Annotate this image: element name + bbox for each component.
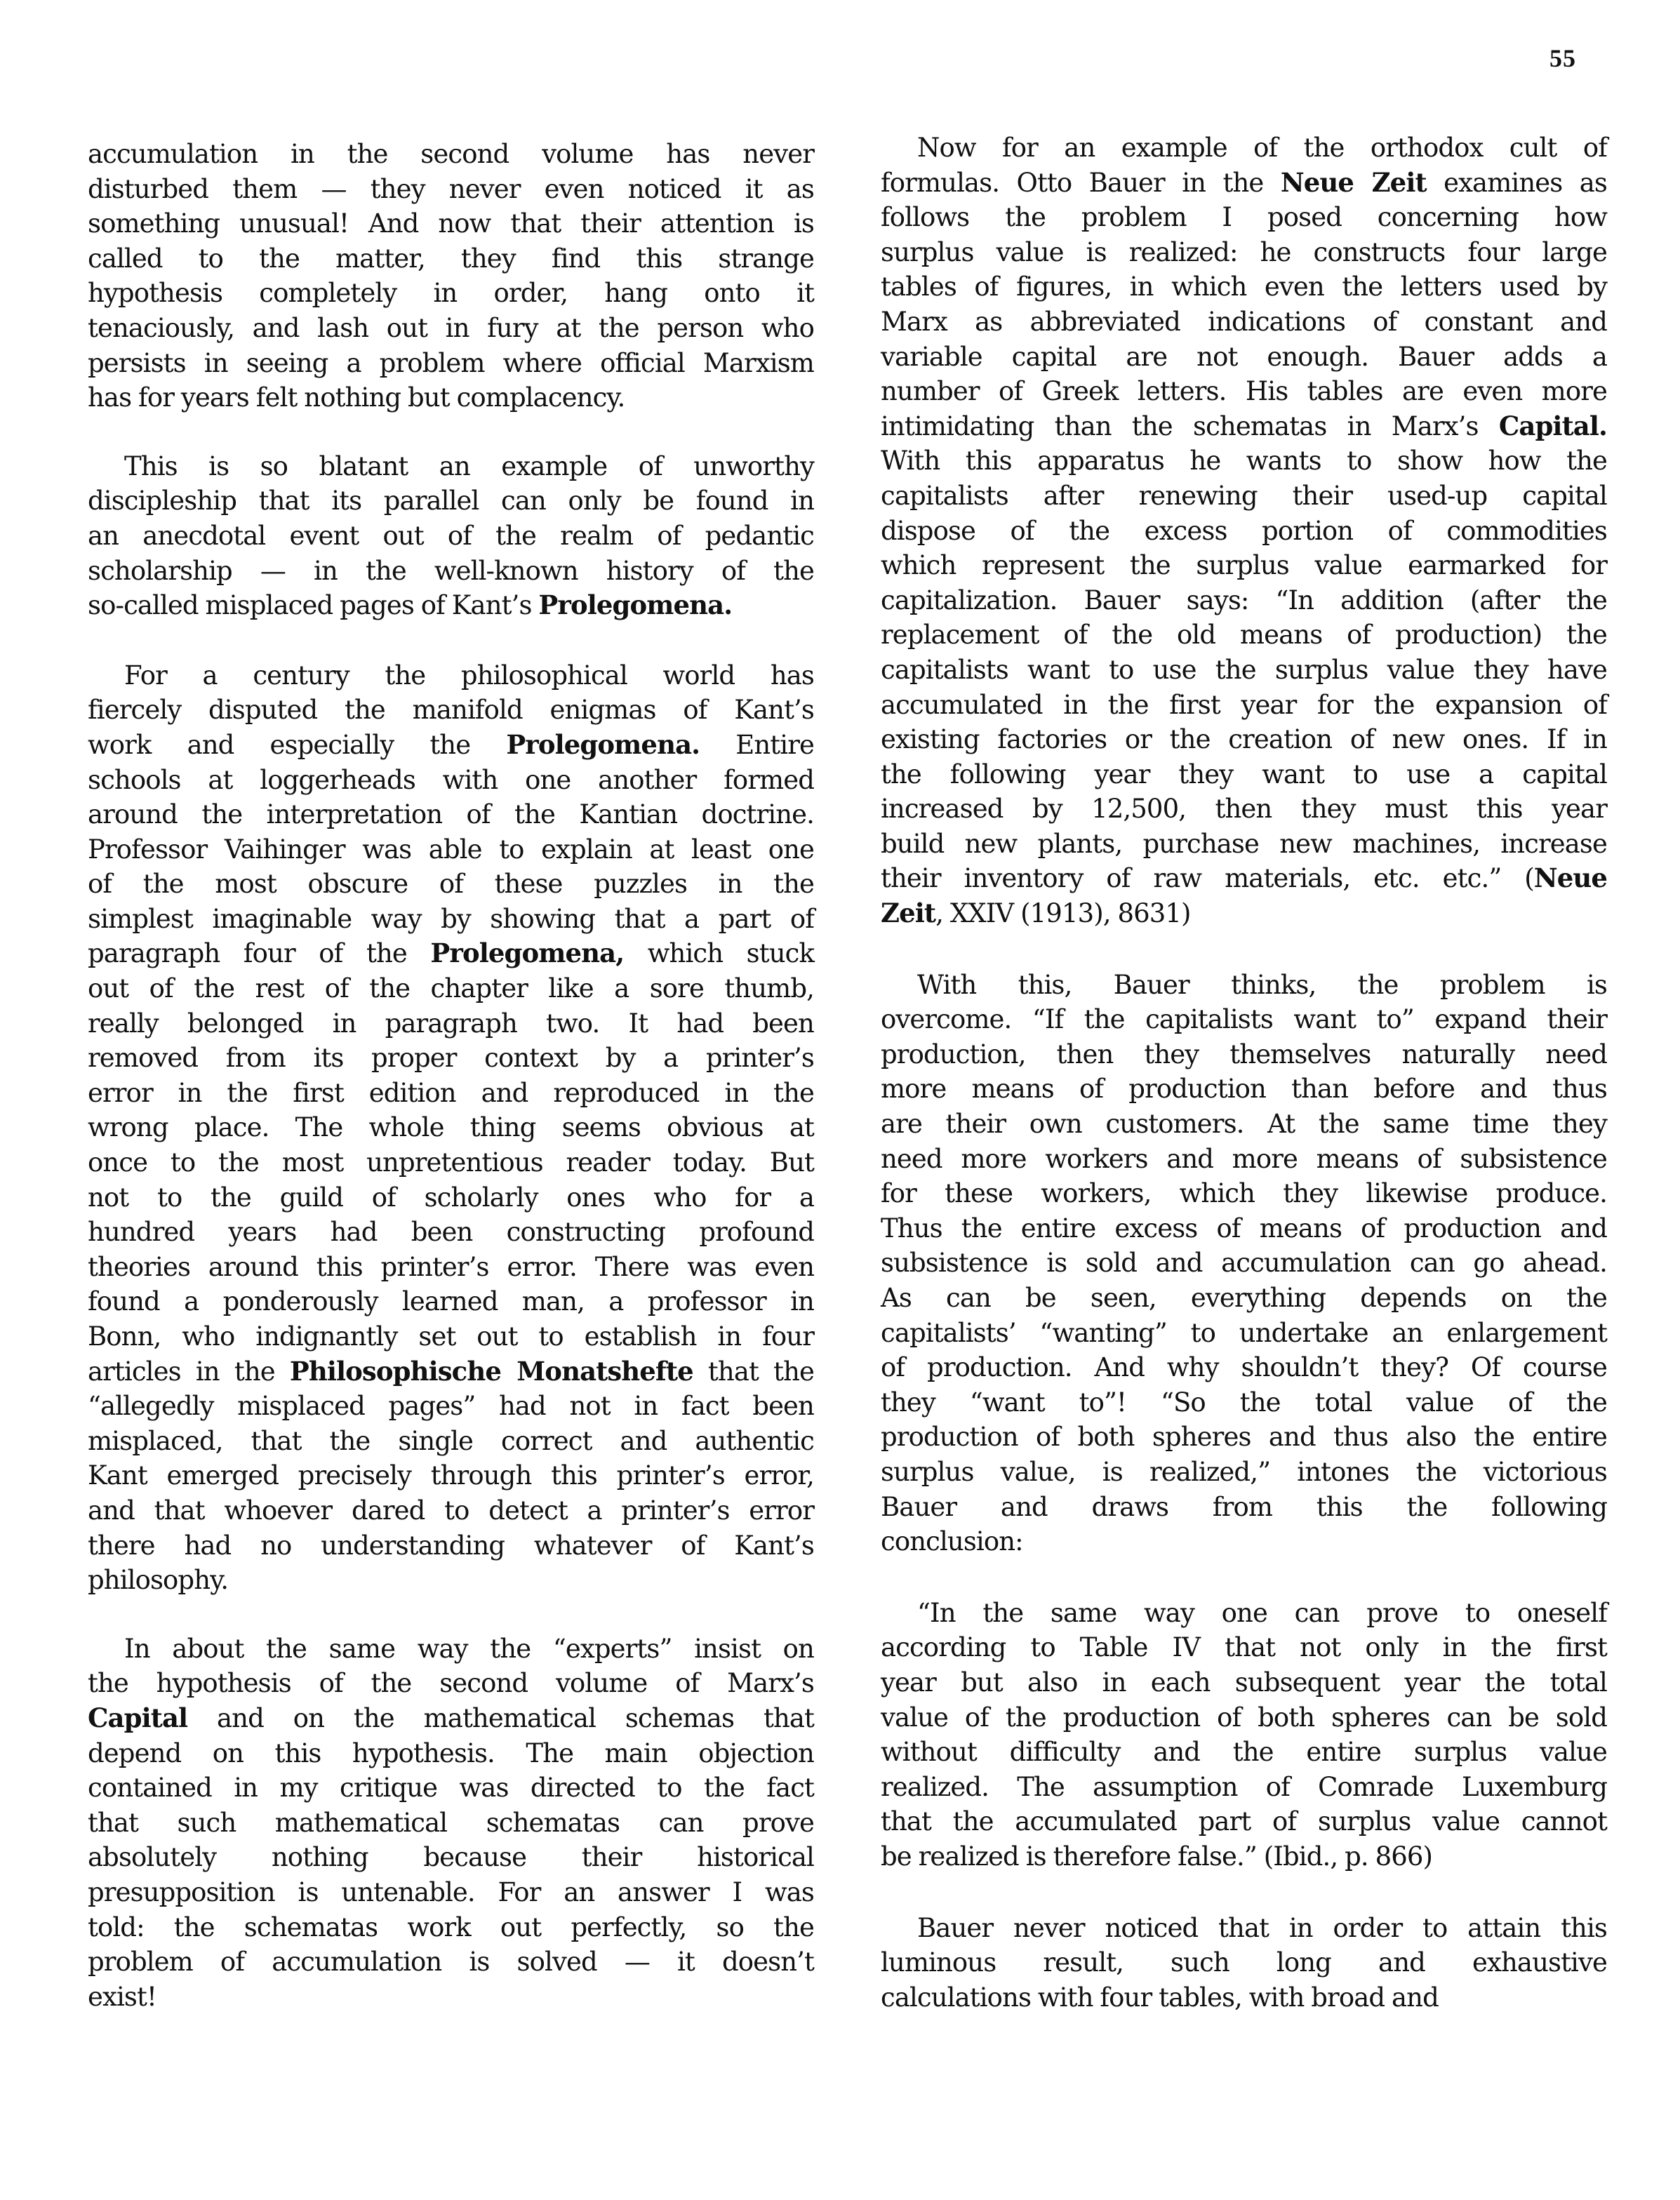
text-line: value of the production of both spheres …: [881, 1700, 1607, 1735]
text-line: found a ponderously learned man, a profe…: [88, 1284, 814, 1319]
text-line: increased by 12,500, then they must this…: [881, 792, 1607, 827]
text-line: removed from its proper context by a pri…: [88, 1041, 814, 1076]
text-line: hypothesis completely in order, hang ont…: [88, 276, 814, 311]
paragraph: accumulation in the second volume has ne…: [88, 137, 814, 415]
title-reference: Zeit: [881, 898, 935, 928]
text-line: absolutely nothing because their histori…: [88, 1840, 814, 1875]
text-line: which represent the surplus value earmar…: [881, 548, 1607, 583]
text-line: that such mathematical schematas can pro…: [88, 1806, 814, 1841]
text-line: misplaced, that the single correct and a…: [88, 1424, 814, 1459]
paragraph-gap: [88, 415, 814, 449]
text-line: subsistence is sold and accumulation can…: [881, 1246, 1607, 1281]
page-number: 55: [1549, 44, 1576, 73]
text-line: capitalists after renewing their used-up…: [881, 479, 1607, 514]
text-line: year but also in each subsequent year th…: [881, 1665, 1607, 1700]
paragraph: For a century the philosophical world ha…: [88, 658, 814, 1598]
text-line: production of both spheres and thus also…: [881, 1420, 1607, 1455]
text-line: really belonged in paragraph two. It had…: [88, 1006, 814, 1041]
text-line: fiercely disputed the manifold enigmas o…: [88, 693, 814, 728]
text-line: has for years felt nothing but complacen…: [88, 380, 814, 415]
text-line: be realized is therefore false.” (Ibid.,…: [881, 1839, 1607, 1874]
text-line: hundred years had been constructing prof…: [88, 1215, 814, 1250]
text-line: tenaciously, and lash out in fury at the…: [88, 311, 814, 346]
paragraph-gap: [88, 623, 814, 658]
text-line: production, then they themselves natural…: [881, 1037, 1607, 1072]
title-reference: Philosophische Monatshefte: [290, 1356, 693, 1387]
text-line: Now for an example of the orthodox cult …: [881, 131, 1607, 166]
paragraph-gap: [881, 1559, 1607, 1596]
title-reference: Prolegomena,: [430, 938, 624, 968]
text-line: the hypothesis of the second volume of M…: [88, 1666, 814, 1701]
text-line: error in the first edition and reproduce…: [88, 1076, 814, 1111]
text-line: Thus the entire excess of means of produ…: [881, 1211, 1607, 1246]
text-line: need more workers and more means of subs…: [881, 1142, 1607, 1177]
text-line: schools at loggerheads with one another …: [88, 763, 814, 798]
text-line: once to the most unpretentious reader to…: [88, 1145, 814, 1180]
text-line: persists in seeing a problem where offic…: [88, 346, 814, 381]
text-line: build new plants, purchase new machines,…: [881, 827, 1607, 862]
text-line: presupposition is untenable. For an answ…: [88, 1875, 814, 1910]
text-line: capitalization. Bauer says: “In addition…: [881, 583, 1607, 618]
text-line: around the interpretation of the Kantian…: [88, 797, 814, 832]
text-line: This is so blatant an example of unworth…: [88, 449, 814, 484]
text-line: for these workers, which they likewise p…: [881, 1176, 1607, 1211]
text-line: without difficulty and the entire surplu…: [881, 1735, 1607, 1770]
text-line: realized. The assumption of Comrade Luxe…: [881, 1770, 1607, 1805]
text-line: according to Table IV that not only in t…: [881, 1630, 1607, 1665]
text-line: they “want to”! “So the total value of t…: [881, 1385, 1607, 1420]
text-line: calculations with four tables, with broa…: [881, 1980, 1607, 2015]
text-line: depend on this hypothesis. The main obje…: [88, 1736, 814, 1771]
text-line: there had no understanding whatever of K…: [88, 1528, 814, 1564]
text-line: of the most obscure of these puzzles in …: [88, 867, 814, 902]
text-line: exist!: [88, 1980, 814, 2015]
text-line: overcome. “If the capitalists want to” e…: [881, 1002, 1607, 1037]
text-line: accumulated in the first year for the ex…: [881, 688, 1607, 723]
text-line: Zeit, XXIV (1913), 8631): [881, 896, 1607, 931]
text-line: not to the guild of scholarly ones who f…: [88, 1180, 814, 1215]
text-line: intimidating than the schematas in Marx’…: [881, 409, 1607, 444]
text-line: conclusion:: [881, 1524, 1607, 1559]
title-reference: Neue Zeit: [1281, 167, 1427, 198]
paragraph: Bauer never noticed that in order to att…: [881, 1911, 1607, 2015]
text-line: articles in the Philosophische Monatshef…: [88, 1354, 814, 1389]
text-line: philosophy.: [88, 1563, 814, 1598]
text-line: Bonn, who indignantly set out to establi…: [88, 1319, 814, 1354]
text-line: number of Greek letters. His tables are …: [881, 374, 1607, 409]
text-line: “allegedly misplaced pages” had not in f…: [88, 1389, 814, 1424]
text-line: paragraph four of the Prolegomena, which…: [88, 936, 814, 971]
text-line: tables of figures, in which even the let…: [881, 269, 1607, 305]
title-reference: Capital.: [1499, 411, 1607, 441]
paragraph-gap: [881, 1874, 1607, 1911]
text-line: of production. And why shouldn’t they? O…: [881, 1350, 1607, 1385]
text-line: wrong place. The whole thing seems obvio…: [88, 1110, 814, 1145]
text-line: dispose of the excess portion of commodi…: [881, 514, 1607, 549]
paragraph: Now for an example of the orthodox cult …: [881, 131, 1607, 931]
text-line: Marx as abbreviated indications of const…: [881, 305, 1607, 340]
text-line: capitalists’ “wanting” to undertake an e…: [881, 1316, 1607, 1351]
text-line: follows the problem I posed concerning h…: [881, 200, 1607, 235]
text-line: formulas. Otto Bauer in the Neue Zeit ex…: [881, 166, 1607, 201]
text-line: Kant emerged precisely through this prin…: [88, 1458, 814, 1493]
text-line: that the accumulated part of surplus val…: [881, 1804, 1607, 1839]
text-line: out of the rest of the chapter like a so…: [88, 971, 814, 1006]
paragraph: In about the same way the “experts” insi…: [88, 1632, 814, 2015]
text-line: “In the same way one can prove to onesel…: [881, 1596, 1607, 1631]
text-line: accumulation in the second volume has ne…: [88, 137, 814, 172]
paragraph: This is so blatant an example of unworth…: [88, 449, 814, 623]
text-line: Bauer never noticed that in order to att…: [881, 1911, 1607, 1946]
text-line: the following year they want to use a ca…: [881, 757, 1607, 792]
text-line: called to the matter, they find this str…: [88, 241, 814, 276]
text-line: simplest imaginable way by showing that …: [88, 902, 814, 937]
text-line: disturbed them — they never even noticed…: [88, 172, 814, 207]
text-line: problem of accumulation is solved — it d…: [88, 1945, 814, 1980]
text-line: capitalists want to use the surplus valu…: [881, 653, 1607, 688]
paragraph-gap: [881, 931, 1607, 968]
text-line: luminous result, such long and exhaustiv…: [881, 1945, 1607, 1980]
text-line: In about the same way the “experts” insi…: [88, 1632, 814, 1667]
text-line: variable capital are not enough. Bauer a…: [881, 340, 1607, 375]
text-line: contained in my critique was directed to…: [88, 1771, 814, 1806]
text-line: As can be seen, everything depends on th…: [881, 1281, 1607, 1316]
text-line: are their own customers. At the same tim…: [881, 1107, 1607, 1142]
title-reference: Neue: [1534, 862, 1607, 893]
text-line: For a century the philosophical world ha…: [88, 658, 814, 693]
text-line: Professor Vaihinger was able to explain …: [88, 832, 814, 867]
text-line: theories around this printer’s error. Th…: [88, 1250, 814, 1285]
text-line: so-called misplaced pages of Kant’s Prol…: [88, 588, 814, 623]
text-line: replacement of the old means of producti…: [881, 618, 1607, 653]
text-line: surplus value, is realized,” intones the…: [881, 1455, 1607, 1490]
title-reference: Prolegomena.: [506, 729, 700, 760]
paragraph-gap: [88, 1598, 814, 1632]
text-line: Capital and on the mathematical schemas …: [88, 1701, 814, 1736]
text-line: something unusual! And now that their at…: [88, 206, 814, 241]
text-line: work and especially the Prolegomena. Ent…: [88, 728, 814, 763]
text-line: their inventory of raw materials, etc. e…: [881, 861, 1607, 896]
text-line: told: the schematas work out perfectly, …: [88, 1910, 814, 1945]
text-line: surplus value is realized: he constructs…: [881, 235, 1607, 270]
title-reference: Capital: [88, 1702, 187, 1733]
text-line: scholarship — in the well-known history …: [88, 554, 814, 589]
text-line: Bauer and draws from this the following: [881, 1490, 1607, 1525]
paragraph: “In the same way one can prove to onesel…: [881, 1596, 1607, 1874]
text-line: With this apparatus he wants to show how…: [881, 444, 1607, 479]
text-line: and that whoever dared to detect a print…: [88, 1493, 814, 1528]
title-reference: Prolegomena.: [538, 589, 732, 620]
text-line: more means of production than before and…: [881, 1072, 1607, 1107]
text-line: an anecdotal event out of the realm of p…: [88, 519, 814, 554]
left-column: accumulation in the second volume has ne…: [88, 137, 814, 2014]
text-line: existing factories or the creation of ne…: [881, 722, 1607, 757]
right-column: Now for an example of the orthodox cult …: [881, 131, 1607, 2015]
text-line: discipleship that its parallel can only …: [88, 484, 814, 519]
paragraph: With this, Bauer thinks, the problem iso…: [881, 968, 1607, 1559]
text-line: With this, Bauer thinks, the problem is: [881, 968, 1607, 1003]
